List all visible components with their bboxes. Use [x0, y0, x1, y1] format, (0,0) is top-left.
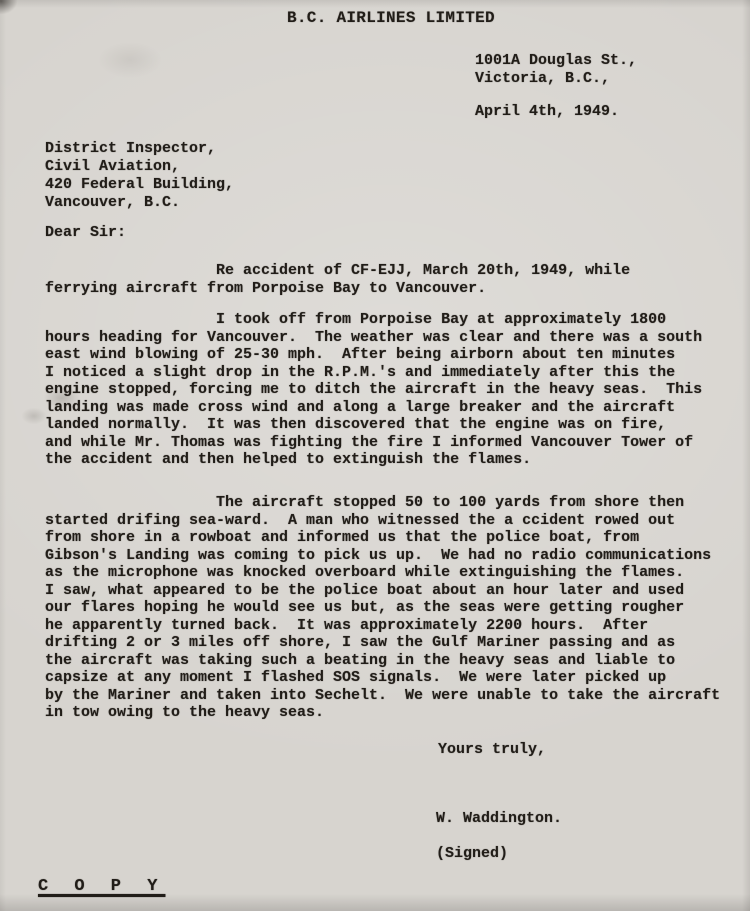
company-name: B.C. AIRLINES LIMITED: [287, 9, 495, 27]
paragraph-re-subject: Re accident of CF-EJJ, March 20th, 1949,…: [45, 262, 630, 297]
signature-name: W. Waddington.: [436, 810, 562, 828]
sender-address: 1001A Douglas St., Victoria, B.C.,: [475, 52, 637, 87]
copy-stamp: C O P Y: [38, 878, 165, 896]
paragraph-drifting-and-rescue: The aircraft stopped 50 to 100 yards fro…: [45, 494, 720, 722]
paragraph-takeoff-and-ditching: I took off from Porpoise Bay at approxim…: [45, 311, 702, 469]
recipient-address: District Inspector, Civil Aviation, 420 …: [45, 140, 234, 212]
closing-salutation: Yours truly,: [438, 741, 546, 759]
letter-page: B.C. AIRLINES LIMITED 1001A Douglas St.,…: [0, 0, 750, 911]
signed-note: (Signed): [436, 845, 508, 863]
salutation: Dear Sir:: [45, 224, 126, 242]
letter-date: April 4th, 1949.: [475, 103, 619, 121]
